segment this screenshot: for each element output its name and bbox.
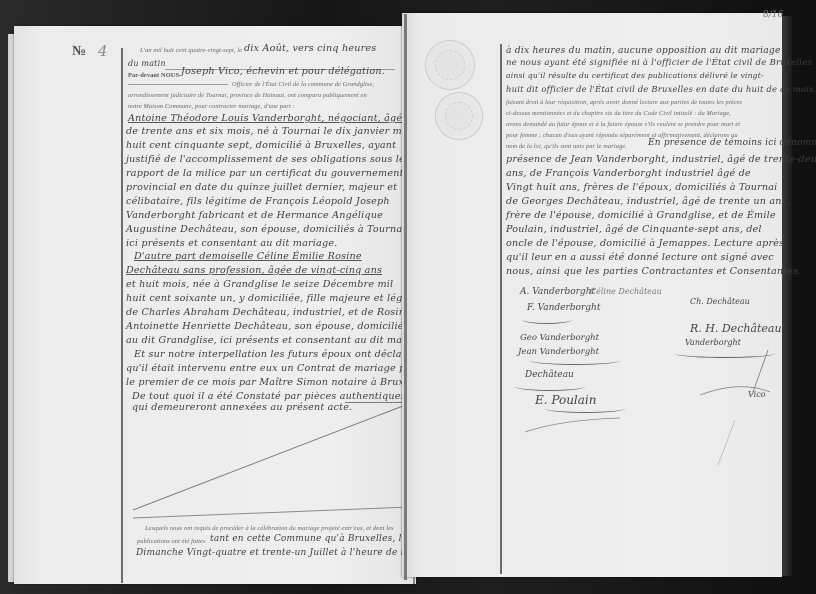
signature-strokes [0,0,816,594]
